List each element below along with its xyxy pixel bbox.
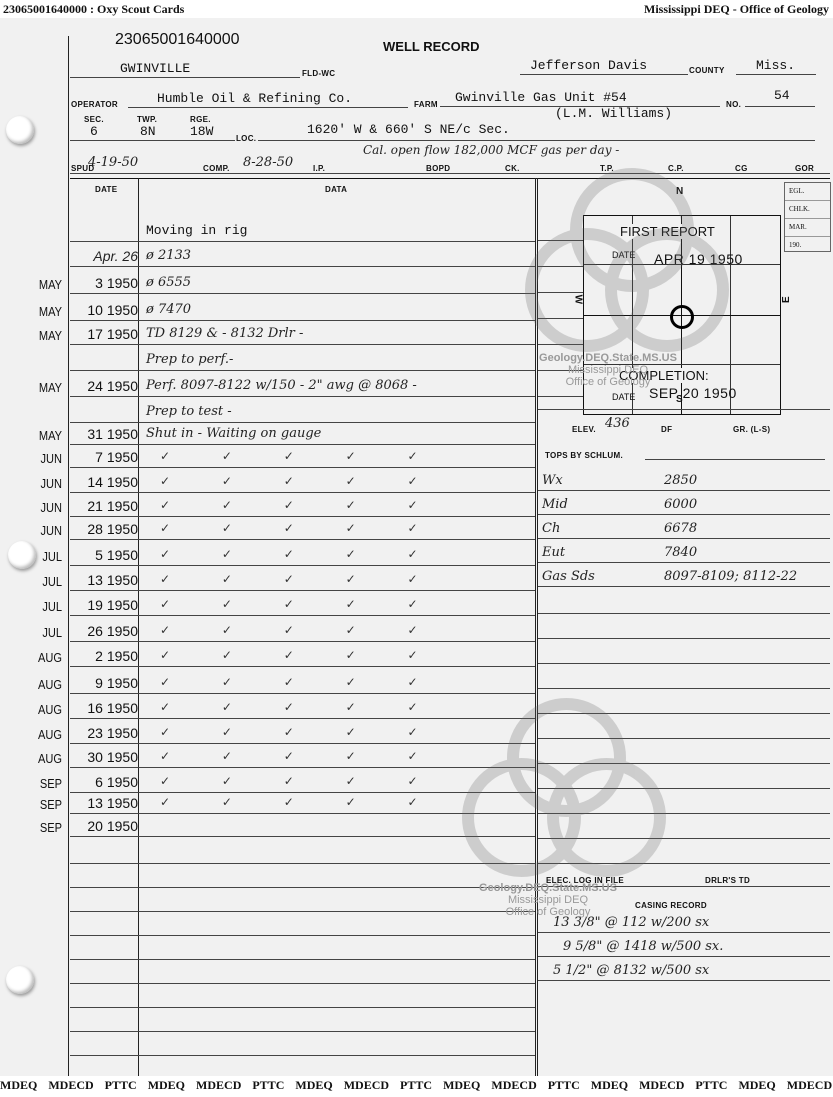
log-date: 24 1950 bbox=[70, 378, 138, 394]
punch-hole bbox=[6, 116, 34, 144]
log-date: 10 1950 bbox=[70, 302, 138, 318]
field-value: GWINVILLE bbox=[120, 61, 190, 76]
log-entry: Prep to test - bbox=[146, 404, 232, 419]
footer-tag: MDECD bbox=[344, 1078, 389, 1092]
gr-label: GR. (L-S) bbox=[733, 425, 770, 434]
date-column-header: DATE bbox=[95, 185, 117, 194]
footer-tag: MDECD bbox=[196, 1078, 241, 1092]
loc-value: 1620' W & 660' S NE/c Sec. bbox=[307, 122, 510, 137]
cg-label: CG bbox=[735, 164, 748, 173]
log-date: 7 1950 bbox=[70, 449, 138, 465]
log-date: 31 1950 bbox=[70, 426, 138, 442]
well-record-card: 23065001640000 WELL RECORD GWINVILLE FLD… bbox=[0, 18, 833, 1076]
log-month: JUL bbox=[9, 625, 62, 640]
elev-value: 436 bbox=[605, 416, 630, 431]
watermark-text: Geology.DEQ.State.MS.USMississippi DEQOf… bbox=[528, 352, 688, 388]
log-date: 5 1950 bbox=[70, 547, 138, 563]
watermark-text: Geology.DEQ.State.MS.USMississippi DEQOf… bbox=[468, 882, 628, 918]
log-entry: ✓ ✓ ✓ ✓ ✓ bbox=[160, 774, 418, 788]
gor-label: GOR bbox=[795, 164, 814, 173]
log-date: 6 1950 bbox=[70, 774, 138, 790]
stamp-box-field: CHLK. bbox=[785, 201, 830, 219]
footer-tag: MDEQ bbox=[738, 1078, 775, 1092]
comp-label: COMP. bbox=[203, 164, 230, 173]
tops-label: TOPS BY SCHLUM. bbox=[545, 451, 623, 460]
log-entry: Moving in rig bbox=[146, 223, 247, 238]
log-month: JUN bbox=[9, 476, 62, 491]
top-formation: Eut bbox=[542, 545, 565, 560]
stamp-box-field: MAR. bbox=[785, 219, 830, 237]
top-formation: Ch bbox=[542, 521, 560, 536]
footer-tag: MDECD bbox=[48, 1078, 93, 1092]
sec-value: 6 bbox=[90, 124, 98, 139]
log-date: 20 1950 bbox=[70, 818, 138, 834]
log-entry: ✓ ✓ ✓ ✓ ✓ bbox=[160, 675, 418, 689]
log-entry: ø 6555 bbox=[146, 275, 191, 290]
log-entry: ✓ ✓ ✓ ✓ ✓ bbox=[160, 474, 418, 488]
log-entry: ✓ ✓ ✓ ✓ ✓ bbox=[160, 572, 418, 586]
mdeq-logo-watermark bbox=[462, 698, 662, 888]
left-margin-rule bbox=[68, 36, 69, 1076]
log-entry: ✓ ✓ ✓ ✓ ✓ bbox=[160, 795, 418, 809]
log-entry: ✓ ✓ ✓ ✓ ✓ bbox=[160, 749, 418, 763]
log-month: AUG bbox=[9, 650, 62, 665]
log-date: 19 1950 bbox=[70, 597, 138, 613]
top-depth: 2850 bbox=[664, 473, 697, 488]
casing-entry: 5 1/2" @ 8132 w/500 sx bbox=[553, 963, 709, 978]
log-date: 2 1950 bbox=[70, 648, 138, 664]
footer-tag: MDEQ bbox=[0, 1078, 37, 1092]
comp-value: 8-28-50 bbox=[243, 155, 293, 170]
no-label: NO. bbox=[726, 100, 741, 109]
log-month: JUN bbox=[9, 523, 62, 538]
log-month: SEP bbox=[9, 797, 62, 812]
footer-tag: MDEQ bbox=[148, 1078, 185, 1092]
log-entry: ø 7470 bbox=[146, 302, 191, 317]
log-date: 26 1950 bbox=[70, 623, 138, 639]
farm-subname: (L.M. Williams) bbox=[555, 106, 672, 121]
top-formation: Gas Sds bbox=[542, 569, 595, 584]
log-month: JUN bbox=[9, 451, 62, 466]
footer-tag: MDECD bbox=[639, 1078, 684, 1092]
footer-tag: MDEQ bbox=[591, 1078, 628, 1092]
footer-tag: MDECD bbox=[787, 1078, 832, 1092]
log-month: AUG bbox=[9, 727, 62, 742]
log-date: 21 1950 bbox=[70, 498, 138, 514]
log-date: Apr. 26 bbox=[70, 248, 138, 264]
loc-label: LOC. bbox=[236, 134, 256, 143]
drlr-td-label: DRLR'S TD bbox=[705, 876, 750, 885]
completion-date-label: DATE bbox=[612, 392, 635, 402]
footer-tag: PTTC bbox=[400, 1078, 432, 1092]
log-month: MAY bbox=[9, 380, 62, 395]
log-date: 16 1950 bbox=[70, 700, 138, 716]
county-value: Jefferson Davis bbox=[530, 58, 647, 73]
log-month: MAY bbox=[9, 277, 62, 292]
top-formation: Mid bbox=[542, 497, 568, 512]
casing-label: CASING RECORD bbox=[635, 901, 707, 910]
twp-label: TWP. bbox=[137, 115, 157, 124]
log-date: 28 1950 bbox=[70, 521, 138, 537]
map-east: E bbox=[781, 296, 792, 303]
footer-tag: PTTC bbox=[252, 1078, 284, 1092]
rge-value: 18W bbox=[190, 124, 213, 139]
log-date: 23 1950 bbox=[70, 725, 138, 741]
mdeq-logo-watermark bbox=[525, 168, 715, 368]
state-value: Miss. bbox=[756, 58, 795, 73]
agency-title: Mississippi DEQ - Office of Geology bbox=[644, 2, 829, 17]
log-month: JUL bbox=[9, 549, 62, 564]
card-title: WELL RECORD bbox=[383, 39, 480, 54]
log-entry: ✓ ✓ ✓ ✓ ✓ bbox=[160, 700, 418, 714]
farm-value: Gwinville Gas Unit #54 bbox=[455, 90, 627, 105]
log-date: 17 1950 bbox=[70, 326, 138, 342]
viewer-header: 23065001640000 : Oxy Scout Cards Mississ… bbox=[0, 0, 833, 18]
log-date: 9 1950 bbox=[70, 675, 138, 691]
log-entry: Shut in - Waiting on gauge bbox=[146, 426, 321, 441]
log-month: JUN bbox=[9, 500, 62, 515]
ck-label: CK. bbox=[505, 164, 520, 173]
footer-tag: PTTC bbox=[695, 1078, 727, 1092]
log-entry: ✓ ✓ ✓ ✓ ✓ bbox=[160, 449, 418, 463]
well-no: 54 bbox=[774, 88, 790, 103]
footer-tag: PTTC bbox=[548, 1078, 580, 1092]
log-date: 30 1950 bbox=[70, 749, 138, 765]
top-formation: Wx bbox=[542, 473, 563, 488]
log-date: 13 1950 bbox=[70, 572, 138, 588]
log-month: AUG bbox=[9, 677, 62, 692]
operator-label: OPERATOR bbox=[71, 100, 118, 109]
log-entry: ✓ ✓ ✓ ✓ ✓ bbox=[160, 648, 418, 662]
spud-value: 4-19-50 bbox=[88, 155, 138, 170]
log-month: SEP bbox=[9, 776, 62, 791]
log-entry: ø 2133 bbox=[146, 248, 191, 263]
sec-label: SEC. bbox=[84, 115, 104, 124]
punch-hole bbox=[6, 966, 34, 994]
log-entry: Perf. 8097-8122 w/150 - 2" awg @ 8068 - bbox=[146, 378, 417, 393]
top-depth: 6000 bbox=[664, 497, 697, 512]
log-month: JUL bbox=[9, 574, 62, 589]
ip-note: Cal. open flow 182,000 MCF gas per day - bbox=[363, 143, 619, 157]
casing-entry: 9 5/8" @ 1418 w/500 sx. bbox=[563, 939, 723, 954]
log-entry: ✓ ✓ ✓ ✓ ✓ bbox=[160, 623, 418, 637]
twp-value: 8N bbox=[140, 124, 156, 139]
county-label: COUNTY bbox=[689, 66, 725, 75]
top-depth: 7840 bbox=[664, 545, 697, 560]
field-label: FLD-WC bbox=[302, 69, 335, 78]
stamp-box-field: EGL. bbox=[785, 183, 830, 201]
footer-tag: PTTC bbox=[105, 1078, 137, 1092]
log-month: MAY bbox=[9, 428, 62, 443]
footer-tag: MDEQ bbox=[443, 1078, 480, 1092]
api-number: 23065001640000 bbox=[115, 31, 240, 49]
log-date: 14 1950 bbox=[70, 474, 138, 490]
farm-label: FARM bbox=[414, 100, 438, 109]
initials-stamp-box: EGL.CHLK.MAR.190. bbox=[784, 182, 831, 252]
elev-label: ELEV. bbox=[572, 425, 596, 434]
log-entry: ✓ ✓ ✓ ✓ ✓ bbox=[160, 597, 418, 611]
log-entry: TD 8129 & - 8132 Drlr - bbox=[146, 326, 303, 341]
ip-label: I.P. bbox=[313, 164, 325, 173]
data-column-header: DATA bbox=[325, 185, 347, 194]
log-month: JUL bbox=[9, 599, 62, 614]
log-month: MAY bbox=[9, 304, 62, 319]
top-depth: 6678 bbox=[664, 521, 697, 536]
footer-tag: MDECD bbox=[491, 1078, 536, 1092]
bopd-label: BOPD bbox=[426, 164, 450, 173]
log-date: 13 1950 bbox=[70, 795, 138, 811]
stamp-box-field: 190. bbox=[785, 237, 830, 254]
operator-value: Humble Oil & Refining Co. bbox=[157, 91, 352, 106]
log-entry: ✓ ✓ ✓ ✓ ✓ bbox=[160, 547, 418, 561]
df-label: DF bbox=[661, 425, 672, 434]
log-entry: ✓ ✓ ✓ ✓ ✓ bbox=[160, 521, 418, 535]
rge-label: RGE. bbox=[190, 115, 211, 124]
log-entry: ✓ ✓ ✓ ✓ ✓ bbox=[160, 498, 418, 512]
footer-banner: MDEQMDECDPTTCMDEQMDECDPTTCMDEQMDECDPTTCM… bbox=[0, 1078, 833, 1097]
log-entry: Prep to perf.- bbox=[146, 352, 233, 367]
log-month: MAY bbox=[9, 328, 62, 343]
log-month: AUG bbox=[9, 702, 62, 717]
footer-tag: MDEQ bbox=[295, 1078, 332, 1092]
log-month: SEP bbox=[9, 820, 62, 835]
top-depth: 8097-8109; 8112-22 bbox=[664, 569, 797, 584]
log-date: 3 1950 bbox=[70, 275, 138, 291]
log-entry: ✓ ✓ ✓ ✓ ✓ bbox=[160, 725, 418, 739]
document-title: 23065001640000 : Oxy Scout Cards bbox=[3, 2, 184, 17]
log-month: AUG bbox=[9, 751, 62, 766]
